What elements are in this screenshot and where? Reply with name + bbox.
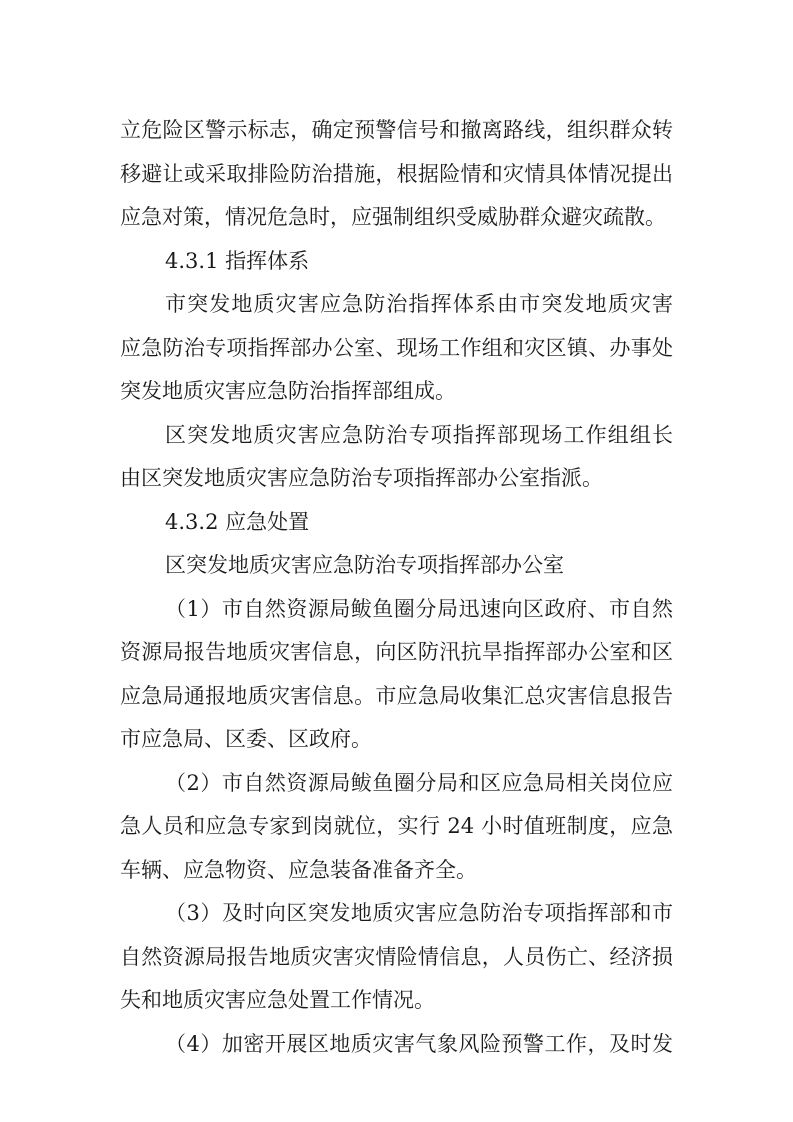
paragraph-line: 市突发地质灾害应急防治指挥体系由市突发地质灾害 [120,283,673,327]
paragraph-line: 市应急局、区委、区政府。 [120,718,673,762]
paragraph-line: 移避让或采取排险防治措施，根据险情和灾情具体情况提出 [120,153,673,197]
paragraph-line: 突发地质灾害应急防治指挥部组成。 [120,370,673,414]
list-item-1: （1）市自然资源局鲅鱼圈分局迅速向区政府、市自然 [120,588,673,632]
paragraph-line: 应急局通报地质灾害信息。市应急局收集汇总灾害信息报告 [120,675,673,719]
list-item-4: （4）加密开展区地质灾害气象风险预警工作，及时发 [120,1023,673,1067]
paragraph-line: 急人员和应急专家到岗就位，实行 24 小时值班制度，应急 [120,805,673,849]
list-item-3: （3）及时向区突发地质灾害应急防治专项指挥部和市 [120,892,673,936]
paragraph-line: 车辆、应急物资、应急装备准备齐全。 [120,849,673,893]
paragraph-line: 区突发地质灾害应急防治专项指挥部办公室 [120,544,673,588]
paragraph-line: 自然资源局报告地质灾害灾情险情信息，人员伤亡、经济损 [120,936,673,980]
section-heading-4-3-2: 4.3.2 应急处置 [120,501,673,545]
paragraph-line: 由区突发地质灾害应急防治专项指挥部办公室指派。 [120,457,673,501]
paragraph-line: 应急对策，情况危急时，应强制组织受威胁群众避灾疏散。 [120,196,673,240]
paragraph-line: 区突发地质灾害应急防治专项指挥部现场工作组组长 [120,414,673,458]
document-page: 立危险区警示标志，确定预警信号和撤离路线，组织群众转 移避让或采取排险防治措施，… [120,109,673,1066]
paragraph-line: 应急防治专项指挥部办公室、现场工作组和灾区镇、办事处 [120,327,673,371]
paragraph-line: 立危险区警示标志，确定预警信号和撤离路线，组织群众转 [120,109,673,153]
paragraph-line: 资源局报告地质灾害信息，向区防汛抗旱指挥部办公室和区 [120,631,673,675]
section-heading-4-3-1: 4.3.1 指挥体系 [120,240,673,284]
list-item-2: （2）市自然资源局鲅鱼圈分局和区应急局相关岗位应 [120,762,673,806]
paragraph-line: 失和地质灾害应急处置工作情况。 [120,979,673,1023]
